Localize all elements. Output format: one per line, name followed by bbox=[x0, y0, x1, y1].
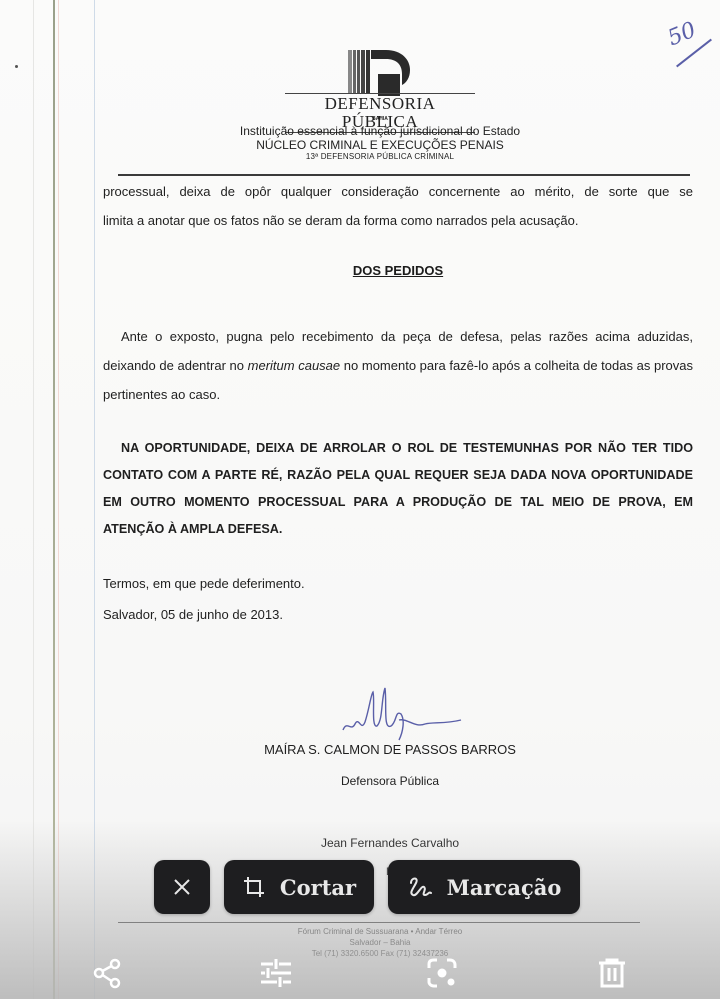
signer-title: Defensora Pública bbox=[220, 774, 560, 788]
header-divider bbox=[118, 174, 690, 176]
closing-line: Termos, em que pede deferimento. bbox=[103, 576, 305, 591]
sliders-icon bbox=[259, 956, 293, 990]
header-line-3: 13ª DEFENSORIA PÚBLICA CRIMINAL bbox=[150, 152, 610, 161]
binding-line bbox=[53, 0, 55, 999]
footer-address: Fórum Criminal de Sussuarana • Andar Tér… bbox=[200, 926, 560, 937]
paper-speck bbox=[15, 65, 18, 68]
signer-name: MAÍRA S. CALMON DE PASSOS BARROS bbox=[220, 742, 560, 757]
latin-term: meritum causae bbox=[248, 358, 341, 373]
share-button[interactable] bbox=[90, 955, 126, 991]
share-icon bbox=[91, 956, 125, 990]
paragraph-requests: Ante o exposto, pugna pelo recebimento d… bbox=[103, 322, 693, 409]
footer-divider bbox=[118, 922, 640, 923]
paragraph-merit: processual, deixa de opôr qualquer consi… bbox=[103, 177, 693, 235]
place-date: Salvador, 05 de junho de 2013. bbox=[103, 607, 283, 622]
delete-button[interactable] bbox=[594, 955, 630, 991]
close-button[interactable] bbox=[154, 860, 210, 914]
markup-label: Marcação bbox=[447, 875, 562, 900]
document-photo: 50 DEFENSORIA PÚBLICA BAHIA Instituição … bbox=[0, 0, 720, 999]
markup-scribble-icon bbox=[407, 875, 433, 899]
paragraph-line: processual, deixa de opôr qualquer consi… bbox=[103, 177, 693, 206]
markup-button[interactable]: Marcação bbox=[388, 860, 580, 914]
adjust-button[interactable] bbox=[258, 955, 294, 991]
margin-line bbox=[94, 0, 95, 999]
footer-phone: Tel (71) 3320.6500 Fax (71) 32437236 bbox=[200, 948, 560, 959]
crop-icon bbox=[242, 875, 266, 899]
org-state: BAHIA bbox=[285, 116, 475, 122]
lens-icon bbox=[425, 956, 459, 990]
paragraph-line: limita a anotar que os fatos não se dera… bbox=[103, 206, 693, 235]
footer-city: Salvador – Bahia bbox=[200, 937, 560, 948]
paragraph-witnesses: NA OPORTUNIDADE, DEIXA DE ARROLAR O ROL … bbox=[103, 435, 693, 543]
binding-line bbox=[33, 0, 34, 999]
crop-button[interactable]: Cortar bbox=[224, 860, 374, 914]
header-line-2: NÚCLEO CRIMINAL E EXECUÇÕES PENAIS bbox=[150, 138, 610, 152]
binding-line bbox=[58, 0, 59, 999]
section-heading: DOS PEDIDOS bbox=[103, 263, 693, 278]
trash-icon bbox=[595, 956, 629, 990]
header-line-1: Instituição essencial à função jurisdici… bbox=[150, 124, 610, 138]
folio-number: 50 bbox=[664, 18, 699, 52]
signature-icon bbox=[335, 680, 475, 750]
crop-label: Cortar bbox=[280, 875, 356, 900]
lens-button[interactable] bbox=[424, 955, 460, 991]
second-signer-name: Jean Fernandes Carvalho bbox=[220, 836, 560, 850]
close-icon bbox=[172, 877, 192, 897]
